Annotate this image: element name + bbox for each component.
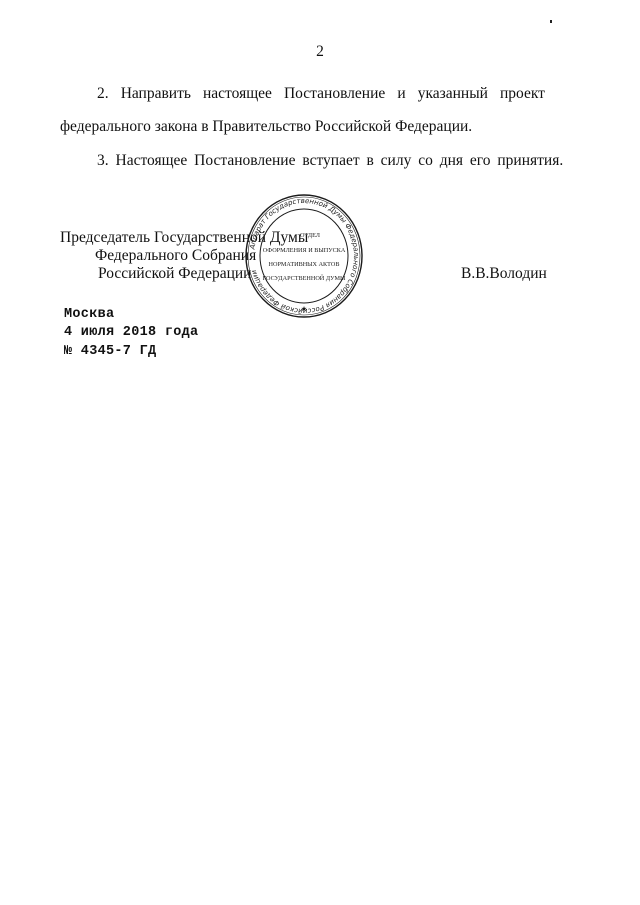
official-seal-stamp: Аппарат Государственной Думы Федеральног… (244, 193, 364, 319)
stamp-inner-line-2: ОФОРМЛЕНИЯ И ВЫПУСКА (263, 247, 346, 254)
signatory-title-line-2: Федерального Собрания (95, 248, 256, 264)
paragraph-2-line-1: 2. Направить настоящее Постановление и у… (97, 86, 545, 102)
signatory-name: В.В.Володин (461, 266, 547, 282)
stamp-inner-line-3: НОРМАТИВНЫХ АКТОВ (269, 261, 340, 268)
stamp-outer-ring-text: Аппарат Государственной Думы Федеральног… (248, 197, 360, 315)
word: Направить (121, 86, 191, 102)
stamp-inner-line-4: ГОСУДАРСТВЕННОЙ ДУМЫ (263, 274, 346, 282)
word: настоящее (203, 86, 272, 102)
paragraph-3: 3. Настоящее Постановление вступает в си… (97, 153, 563, 169)
star-icon: ★ (301, 305, 307, 313)
signing-city: Москва (64, 308, 114, 322)
scan-speck (550, 20, 552, 23)
word: указанный (418, 86, 488, 102)
document-number: № 4345-7 ГД (64, 345, 156, 359)
signing-date: 4 июля 2018 года (64, 326, 198, 340)
page-number: 2 (0, 44, 640, 60)
document-page: 2 2. Направить настоящее Постановление и… (0, 0, 640, 905)
stamp-inner-line-1: ОТДЕЛ (300, 232, 321, 239)
word: проект (500, 86, 545, 102)
word: 2. (97, 86, 109, 102)
word: Постановление (284, 86, 385, 102)
signatory-title-line-3: Российской Федерации (98, 266, 251, 282)
word: и (397, 86, 405, 102)
paragraph-2-line-2: федерального закона в Правительство Росс… (60, 119, 472, 135)
